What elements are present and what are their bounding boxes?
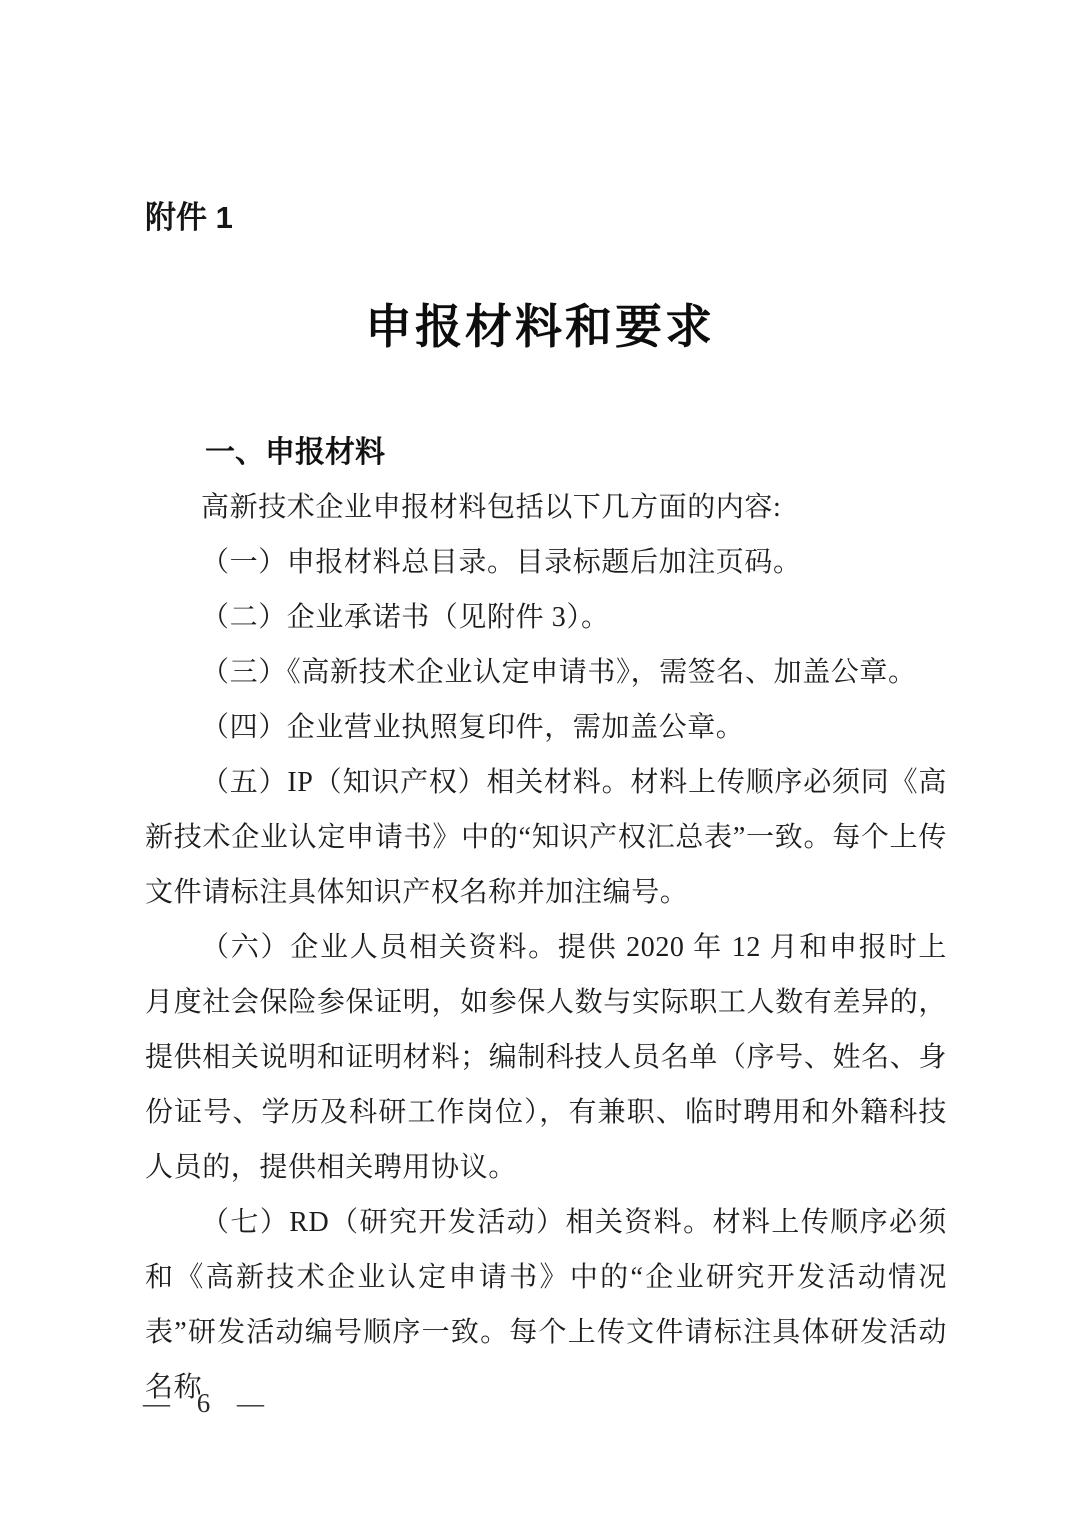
section-heading: 一、申报材料	[145, 425, 947, 480]
paragraph-item-5: （五）IP（知识产权）相关材料。材料上传顺序必须同《高新技术企业认定申请书》中的…	[145, 755, 947, 920]
paragraph-intro: 高新技术企业申报材料包括以下几方面的内容:	[145, 480, 947, 535]
paragraph-item-6: （六）企业人员相关资料。提供 2020 年 12 月和申报时上月度社会保险参保证…	[145, 920, 947, 1195]
paragraph-item-1: （一）申报材料总目录。目录标题后加注页码。	[145, 535, 947, 590]
paragraph-item-7: （七）RD（研究开发活动）相关资料。材料上传顺序必须和《高新技术企业认定申请书》…	[145, 1195, 947, 1415]
page-number: — 6 —	[143, 1388, 274, 1419]
document-page: 附件 1 申报材料和要求 一、申报材料 高新技术企业申报材料包括以下几方面的内容…	[0, 0, 1080, 1526]
attachment-label: 附件 1	[145, 198, 233, 238]
document-body: 一、申报材料 高新技术企业申报材料包括以下几方面的内容: （一）申报材料总目录。…	[145, 425, 947, 1415]
paragraph-item-2: （二）企业承诺书（见附件 3）。	[145, 590, 947, 645]
paragraph-item-4: （四）企业营业执照复印件，需加盖公章。	[145, 700, 947, 755]
document-title: 申报材料和要求	[0, 298, 1080, 358]
paragraph-item-3: （三）《高新技术企业认定申请书》，需签名、加盖公章。	[145, 645, 947, 700]
